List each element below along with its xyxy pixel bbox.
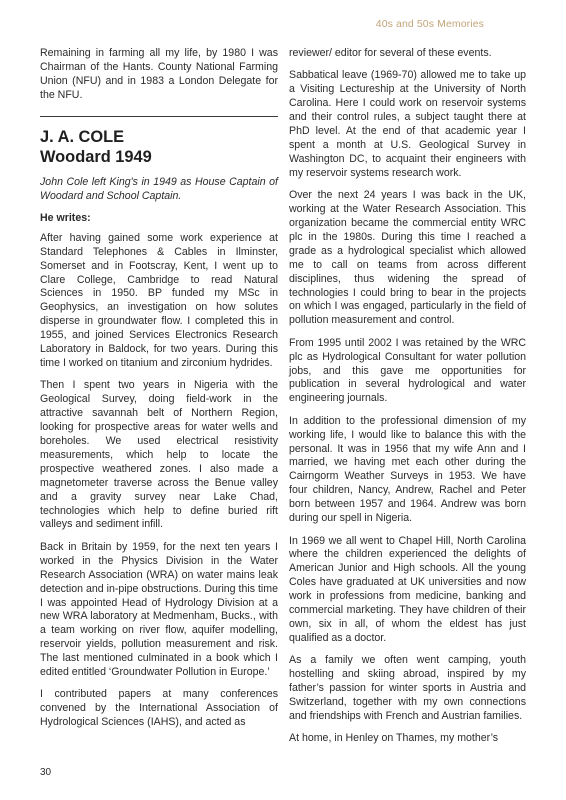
body-paragraph: Then I spent two years in Nigeria with t… <box>40 379 278 532</box>
running-header: 40s and 50s Memories <box>376 18 484 30</box>
body-paragraph: At home, in Henley on Thames, my mother’… <box>289 732 526 746</box>
body-paragraph: reviewer/ editor for several of these ev… <box>289 47 526 61</box>
author-name: J. A. COLE <box>40 127 278 148</box>
page-number: 30 <box>40 767 51 778</box>
body-paragraph: After having gained some work experience… <box>40 232 278 371</box>
body-paragraph: Sabbatical leave (1969-70) allowed me to… <box>289 69 526 180</box>
intro-text: John Cole left King's in 1949 as House C… <box>40 176 278 204</box>
house-year: Woodard 1949 <box>40 147 278 168</box>
left-column: Remaining in farming all my life, by 198… <box>40 47 278 739</box>
body-paragraph: In addition to the professional dimensio… <box>289 415 526 526</box>
article-title: J. A. COLE Woodard 1949 <box>40 127 278 168</box>
body-paragraph: As a family we often went camping, youth… <box>289 654 526 724</box>
carryover-paragraph: Remaining in farming all my life, by 198… <box>40 47 278 103</box>
body-paragraph: Back in Britain by 1959, for the next te… <box>40 541 278 680</box>
body-paragraph: Over the next 24 years I was back in the… <box>289 189 526 328</box>
right-column: reviewer/ editor for several of these ev… <box>289 47 526 755</box>
subheading: He writes: <box>40 212 278 226</box>
body-paragraph: In 1969 we all went to Chapel Hill, Nort… <box>289 535 526 646</box>
body-paragraph: From 1995 until 2002 I was retained by t… <box>289 337 526 407</box>
body-paragraph: I contributed papers at many conferences… <box>40 688 278 730</box>
section-divider <box>40 116 278 117</box>
